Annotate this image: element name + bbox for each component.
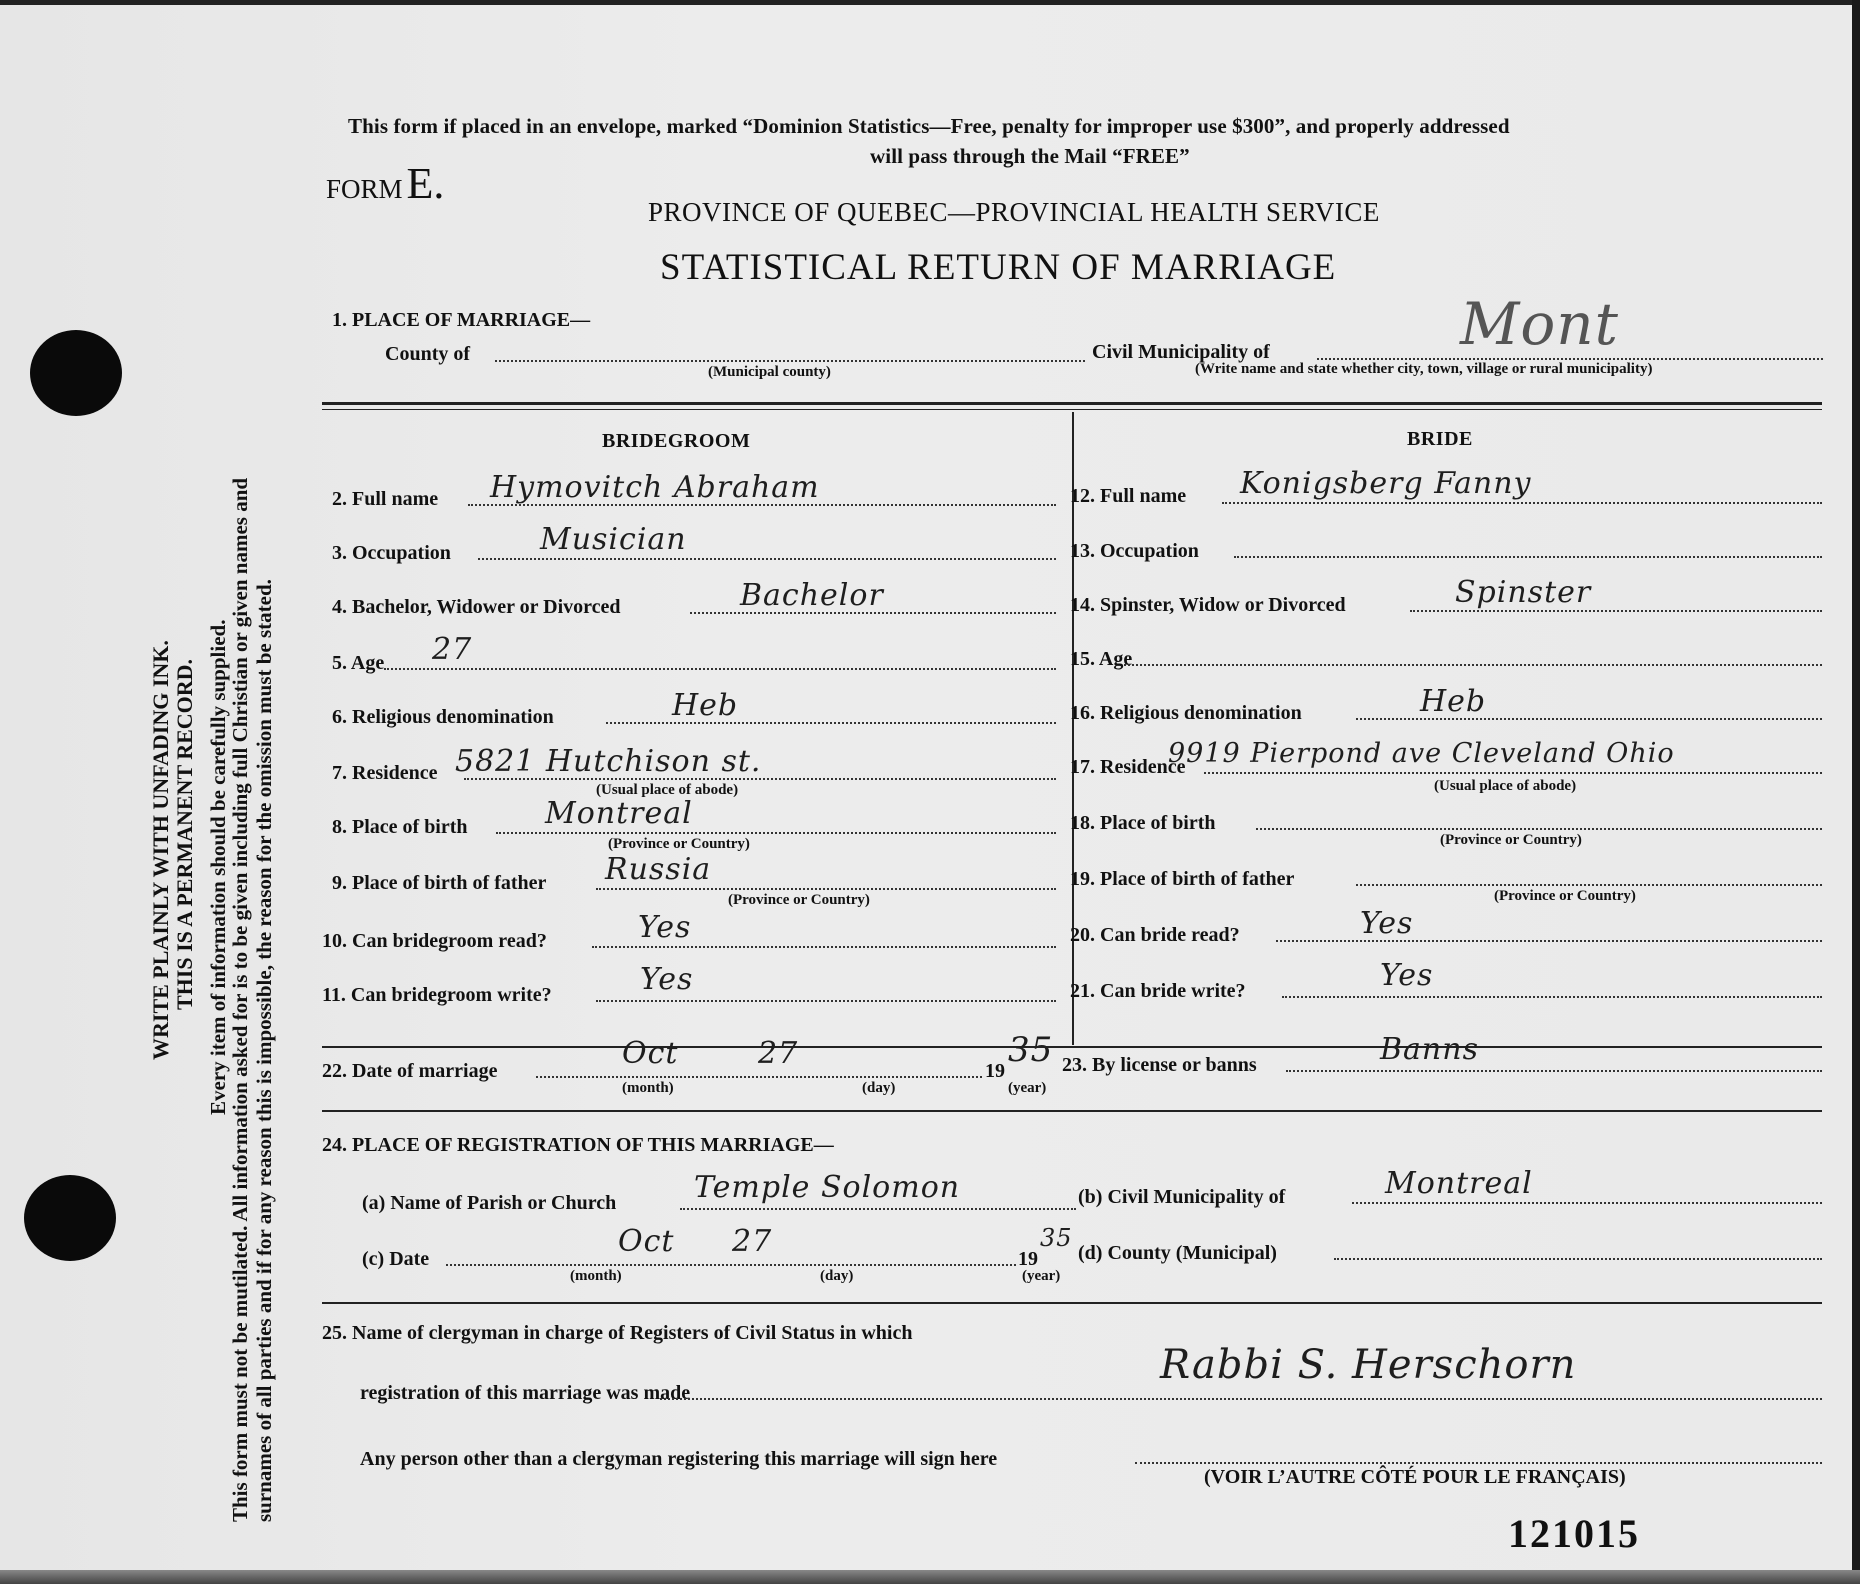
license-banns-field[interactable] [1286, 1070, 1822, 1072]
bride-religion-value: Heb [1420, 684, 1486, 719]
license-banns-label: 23. By license or banns [1062, 1054, 1257, 1077]
bride-heading: BRIDE [1407, 428, 1473, 451]
bride-marital-status-label: 14. Spinster, Widow or Divorced [1070, 594, 1346, 617]
bride-occupation-label: 13. Occupation [1070, 540, 1199, 563]
groom-father-birthplace-hint: (Province or Country) [728, 892, 870, 909]
bride-age-label: 15. Age [1070, 648, 1132, 671]
groom-read-value: Yes [638, 910, 691, 945]
marriage-month-hint: (month) [622, 1080, 674, 1097]
groom-father-birthplace-value: Russia [605, 852, 711, 887]
scan-bottom-edge [0, 1570, 1860, 1584]
marriage-return-document: WRITE PLAINLY WITH UNFADING INK. THIS IS… [0, 0, 1860, 1584]
reg-month-value: Oct [618, 1224, 674, 1259]
bride-write-field[interactable] [1282, 996, 1822, 998]
groom-read-label: 10. Can bridegroom read? [322, 930, 547, 953]
section-rule-3 [322, 1302, 1822, 1304]
church-value: Temple Solomon [694, 1170, 960, 1205]
scan-right-edge [1852, 0, 1860, 1584]
reg-month-hint: (month) [570, 1268, 622, 1285]
side-instruction-4: This form must not be mutilated. All inf… [228, 478, 253, 1522]
reg-date-field[interactable] [446, 1264, 1016, 1266]
bride-write-label: 21. Can bride write? [1070, 980, 1246, 1003]
reg-civil-municipality-label: (b) Civil Municipality of [1078, 1186, 1285, 1209]
church-field[interactable] [680, 1208, 1076, 1210]
groom-age-label: 5. Age [332, 652, 384, 675]
bride-occupation-field[interactable] [1234, 556, 1822, 558]
form-id: FORM E. [326, 158, 444, 209]
double-rule-top [322, 402, 1822, 405]
registration-heading: 24. PLACE OF REGISTRATION OF THIS MARRIA… [322, 1134, 834, 1157]
bride-father-birthplace-hint: (Province or Country) [1494, 888, 1636, 905]
section-rule-2 [322, 1110, 1822, 1112]
bride-write-value: Yes [1380, 958, 1433, 993]
side-instruction-1: WRITE PLAINLY WITH UNFADING INK. [148, 640, 174, 1060]
double-rule-bottom [322, 409, 1822, 410]
clergyman-field[interactable] [660, 1398, 1822, 1400]
civil-municipality-hint: (Write name and state whether city, town… [1195, 361, 1652, 378]
page-title: STATISTICAL RETURN OF MARRIAGE [660, 246, 1336, 289]
groom-read-field[interactable] [592, 946, 1056, 948]
groom-religion-label: 6. Religious denomination [332, 706, 554, 729]
french-version-note: (VOIR L’AUTRE CÔTÉ POUR LE FRANÇAIS) [1204, 1466, 1626, 1489]
punch-hole-top [30, 330, 122, 416]
groom-marital-status-value: Bachelor [740, 578, 884, 613]
postal-notice-line1: This form if placed in an envelope, mark… [348, 114, 1510, 139]
groom-birthplace-label: 8. Place of birth [332, 816, 468, 839]
bride-marital-status-field[interactable] [1410, 610, 1822, 612]
county-hint: (Municipal county) [708, 364, 831, 381]
bride-birthplace-label: 18. Place of birth [1070, 812, 1216, 835]
reg-county-field[interactable] [1334, 1258, 1822, 1260]
bride-marital-status-value: Spinster [1455, 575, 1591, 610]
marriage-day-hint: (day) [862, 1080, 895, 1097]
groom-father-birthplace-label: 9. Place of birth of father [332, 872, 546, 895]
bride-birthplace-hint: (Province or Country) [1440, 832, 1582, 849]
groom-write-label: 11. Can bridegroom write? [322, 984, 552, 1007]
groom-birthplace-value: Montreal [545, 796, 693, 831]
groom-full-name-value: Hymovitch Abraham [490, 470, 820, 505]
form-letter: E. [407, 159, 445, 208]
postal-notice-line2: will pass through the Mail “FREE” [870, 144, 1190, 169]
bride-age-field[interactable] [1124, 664, 1822, 666]
bride-father-birthplace-label: 19. Place of birth of father [1070, 868, 1294, 891]
groom-write-value: Yes [640, 962, 693, 997]
marriage-month-value: Oct [622, 1036, 678, 1071]
bride-full-name-field[interactable] [1222, 502, 1822, 504]
groom-occupation-label: 3. Occupation [332, 542, 451, 565]
clergyman-signature: Rabbi S. Herschorn [1160, 1342, 1576, 1388]
groom-occupation-field[interactable] [478, 558, 1056, 560]
church-label: (a) Name of Parish or Church [362, 1192, 616, 1215]
groom-birthplace-field[interactable] [496, 832, 1056, 834]
groom-age-value: 27 [432, 632, 472, 667]
bride-residence-field[interactable] [1204, 772, 1822, 774]
county-label: County of [385, 343, 470, 366]
clergyman-label-line2: registration of this marriage was made [360, 1382, 690, 1405]
bride-residence-hint: (Usual place of abode) [1434, 778, 1576, 795]
reg-year-hint: (year) [1022, 1268, 1060, 1285]
clergyman-label-line1: 25. Name of clergyman in charge of Regis… [322, 1322, 913, 1345]
reg-year-value: 35 [1040, 1224, 1073, 1252]
province-heading: PROVINCE OF QUEBEC—PROVINCIAL HEALTH SER… [648, 197, 1380, 228]
bride-read-value: Yes [1360, 906, 1413, 941]
section-rule-1 [322, 1046, 1822, 1048]
marriage-date-label: 22. Date of marriage [322, 1060, 498, 1083]
groom-full-name-label: 2. Full name [332, 488, 438, 511]
side-instruction-5: surnames of all parties and if for any r… [252, 579, 277, 1522]
groom-age-field[interactable] [384, 668, 1056, 670]
marriage-year-value: 35 [1008, 1030, 1053, 1070]
bride-religion-label: 16. Religious denomination [1070, 702, 1302, 725]
groom-residence-label: 7. Residence [332, 762, 438, 785]
bride-full-name-value: Konigsberg Fanny [1240, 466, 1531, 501]
groom-father-birthplace-field[interactable] [596, 888, 1056, 890]
bride-read-label: 20. Can bride read? [1070, 924, 1240, 947]
civil-municipality-field[interactable] [1317, 358, 1823, 360]
groom-religion-value: Heb [672, 688, 738, 723]
reg-civil-municipality-value: Montreal [1385, 1166, 1533, 1201]
other-registrant-label: Any person other than a clergyman regist… [360, 1448, 997, 1471]
bride-full-name-label: 12. Full name [1070, 485, 1186, 508]
bride-residence-value: 9919 Pierpond ave Cleveland Ohio [1168, 738, 1675, 769]
bride-birthplace-field[interactable] [1256, 828, 1822, 830]
reg-day-value: 27 [732, 1224, 772, 1259]
reg-date-label: (c) Date [362, 1248, 429, 1271]
groom-birthplace-hint: (Province or Country) [608, 836, 750, 853]
side-instruction-2: THIS IS A PERMANENT RECORD. [172, 659, 198, 1010]
civil-municipality-value: Mont [1460, 290, 1619, 358]
county-field[interactable] [495, 360, 1085, 362]
serial-number: 121015 [1508, 1510, 1640, 1557]
scan-top-edge [0, 0, 1860, 5]
groom-marital-status-label: 4. Bachelor, Widower or Divorced [332, 596, 621, 619]
bride-read-field[interactable] [1276, 940, 1822, 942]
reg-civil-municipality-field[interactable] [1352, 1202, 1822, 1204]
marriage-day-value: 27 [758, 1036, 798, 1071]
groom-residence-value: 5821 Hutchison st. [455, 744, 761, 779]
reg-county-label: (d) County (Municipal) [1078, 1242, 1277, 1265]
form-label: FORM [326, 174, 403, 204]
marriage-date-field[interactable] [536, 1076, 982, 1078]
marriage-century: 19 [985, 1060, 1005, 1083]
punch-hole-bottom [24, 1175, 116, 1261]
reg-day-hint: (day) [820, 1268, 853, 1285]
other-registrant-field[interactable] [1135, 1462, 1822, 1464]
groom-write-field[interactable] [596, 1000, 1056, 1002]
bride-father-birthplace-field[interactable] [1356, 884, 1822, 886]
bridegroom-heading: BRIDEGROOM [602, 430, 750, 453]
marriage-year-hint: (year) [1008, 1080, 1046, 1097]
license-banns-value: Banns [1380, 1032, 1479, 1067]
place-of-marriage-heading: 1. PLACE OF MARRIAGE— [332, 309, 590, 332]
groom-occupation-value: Musician [540, 522, 687, 557]
